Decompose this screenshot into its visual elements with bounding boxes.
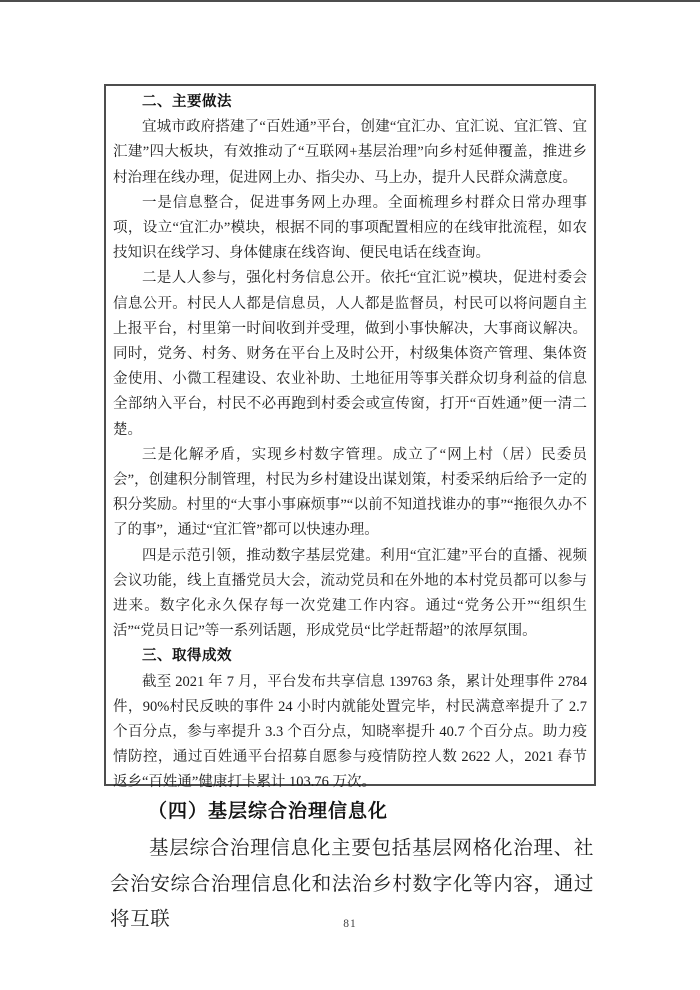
para-point-3-conflict-resolution: 三是化解矛盾，实现乡村数字管理。成立了“网上村（居）民委员会”，创建积分制管理，…	[113, 443, 587, 544]
heading-main-practices: 二、主要做法	[113, 90, 587, 115]
para-platform-overview: 宜城市政府搭建了“百姓通”平台，创建“宜汇办、宜汇说、宜汇管、宜汇建”四大板块，…	[113, 115, 587, 191]
para-point-1-info-integration: 一是信息整合，促进事务网上办理。全面梳理乡村群众日常办理事项，设立“宜汇办”模块…	[113, 191, 587, 267]
para-point-4-party-building: 四是示范引领，推动数字基层党建。利用“宜汇建”平台的直播、视频会议功能，线上直播…	[113, 544, 587, 645]
document-page: { "case_box": { "items": [ { "style": "h…	[0, 0, 700, 990]
section-heading-grassroots-governance: （四）基层综合治理信息化	[110, 797, 594, 827]
para-achievements-stats: 截至 2021 年 7 月，平台发布共享信息 139763 条，累计处理事件 2…	[113, 670, 587, 796]
section-grassroots-governance: （四）基层综合治理信息化 基层综合治理信息化主要包括基层网格化治理、社会治安综合…	[110, 797, 594, 938]
page-number: 81	[0, 918, 700, 930]
page-top-edge-line	[0, 0, 700, 2]
para-point-2-participation: 二是人人参与，强化村务信息公开。依托“宜汇说”模块，促进村委会信息公开。村民人人…	[113, 266, 587, 442]
case-study-box: 二、主要做法 宜城市政府搭建了“百姓通”平台，创建“宜汇办、宜汇说、宜汇管、宜汇…	[104, 84, 596, 786]
heading-achievements: 三、取得成效	[113, 644, 587, 669]
